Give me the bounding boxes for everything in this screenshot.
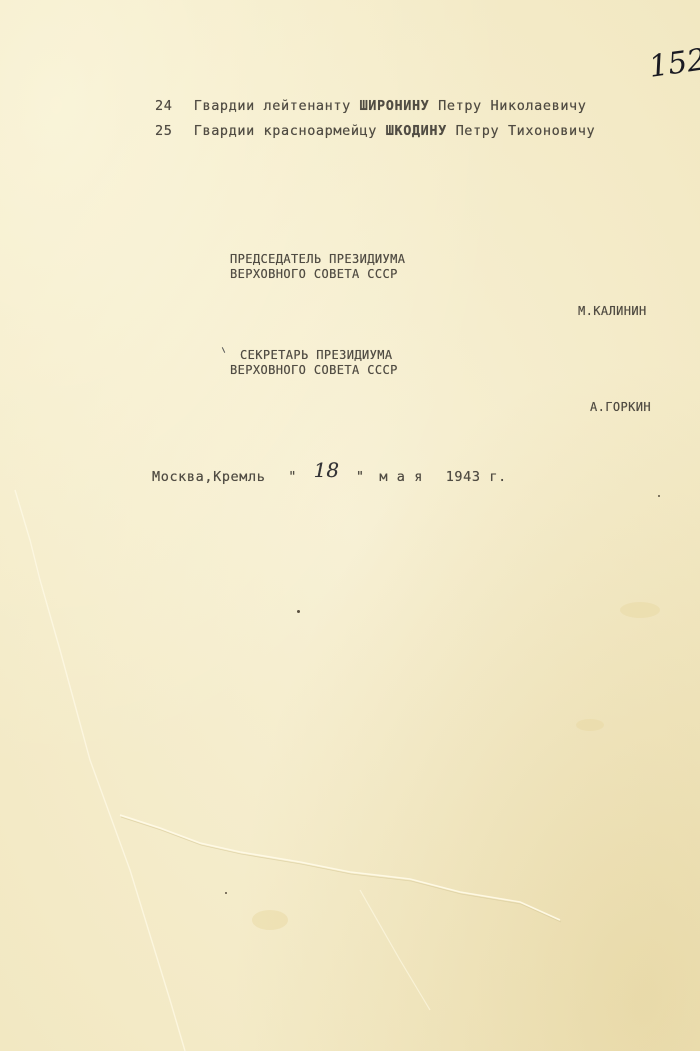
- chairman-title-line2: ВЕРХОВНОГО СОВЕТА СССР: [230, 267, 405, 282]
- page-number: 152: [647, 42, 700, 85]
- typing-mark: [222, 347, 225, 353]
- chairman-title: ПРЕДСЕДАТЕЛЬ ПРЕЗИДИУМА ВЕРХОВНОГО СОВЕТ…: [230, 252, 405, 282]
- date-month: м а я: [379, 469, 423, 485]
- item-name: Петру Тихоновичу: [456, 123, 596, 139]
- secretary-name: А.ГОРКИН: [590, 400, 651, 415]
- item-number: 25: [155, 123, 185, 139]
- open-quote: ": [288, 469, 297, 485]
- award-list-item: 24 Гвардии лейтенанту ШИРОНИНУ Петру Ник…: [155, 98, 587, 114]
- item-rank: Гвардии лейтенанту: [194, 98, 351, 114]
- chairman-name: М.КАЛИНИН: [578, 304, 647, 319]
- secretary-title: СЕКРЕТАРЬ ПРЕЗИДИУМА ВЕРХОВНОГО СОВЕТА С…: [230, 348, 398, 378]
- paper-crease: [0, 0, 700, 1051]
- date-year: 1943 г.: [446, 469, 507, 485]
- item-surname: ШКОДИНУ: [386, 123, 447, 139]
- ink-speck: [297, 610, 300, 613]
- item-surname: ШИРОНИНУ: [360, 98, 430, 114]
- date-day: 18: [314, 458, 339, 482]
- award-list-item: 25 Гвардии красноармейцу ШКОДИНУ Петру Т…: [155, 123, 595, 139]
- chairman-title-line1: ПРЕДСЕДАТЕЛЬ ПРЕЗИДИУМА: [230, 252, 405, 267]
- secretary-title-line1: СЕКРЕТАРЬ ПРЕЗИДИУМА: [230, 348, 398, 363]
- place-date: Москва,Кремль " 18 " м а я 1943 г.: [152, 462, 507, 486]
- place: Москва,Кремль: [152, 469, 265, 485]
- close-quote: ": [356, 469, 365, 485]
- ink-speck: [658, 495, 660, 497]
- item-name: Петру Николаевичу: [438, 98, 586, 114]
- secretary-title-line2: ВЕРХОВНОГО СОВЕТА СССР: [230, 363, 398, 378]
- document-page: 152 24 Гвардии лейтенанту ШИРОНИНУ Петру…: [0, 0, 700, 1051]
- ink-speck: [225, 892, 227, 894]
- item-number: 24: [155, 98, 185, 114]
- item-rank: Гвардии красноармейцу: [194, 123, 377, 139]
